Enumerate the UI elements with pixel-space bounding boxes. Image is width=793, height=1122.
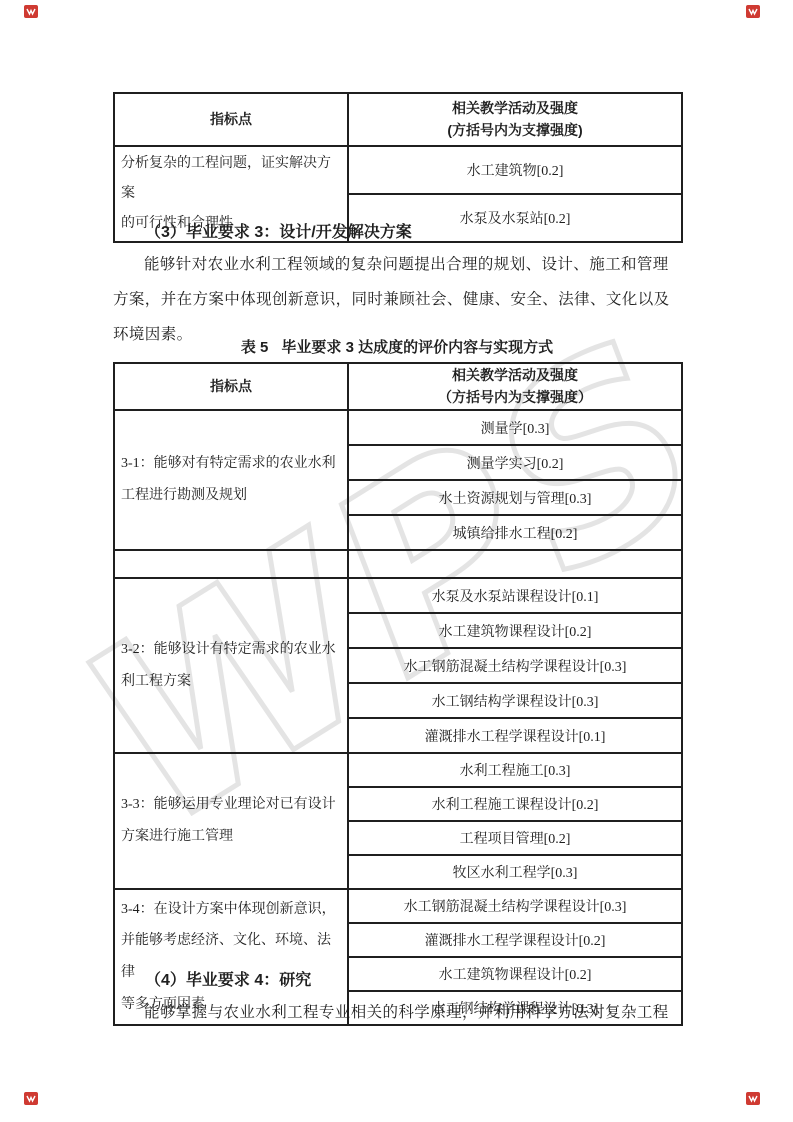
activity-cell: 灌溉排水工程学课程设计[0.1] bbox=[348, 718, 682, 753]
empty-table-row bbox=[114, 550, 682, 578]
table-5: 指标点 相关教学活动及强度 （方括号内为支撑强度） 3-1：能够对有特定需求的农… bbox=[113, 362, 683, 1026]
section-4-paragraph: 能够掌握与农业水利工程专业相关的科学原理，并利用科学方法对复杂工程 bbox=[113, 995, 681, 1030]
activity-cell: 水土资源规划与管理[0.3] bbox=[348, 480, 682, 515]
activity-cell: 水利工程施工[0.3] bbox=[348, 753, 682, 787]
table-5-caption-title: 毕业要求 3 达成度的评价内容与实现方式 bbox=[281, 337, 553, 359]
activity-cell: 水工钢结构学课程设计[0.3] bbox=[348, 683, 682, 718]
document-page: WPS 指标点 相关教学活动及强度 (方括号内为支撑强度) 分析复杂的工程问题，… bbox=[0, 0, 793, 1122]
activity-cell: 水工钢筋混凝土结构学课程设计[0.3] bbox=[348, 889, 682, 923]
section-3-heading: （3）毕业要求 3：设计/开发解决方案 bbox=[113, 221, 713, 245]
activity-cell: 牧区水利工程学[0.3] bbox=[348, 855, 682, 889]
table-header-row: 指标点 相关教学活动及强度 （方括号内为支撑强度） bbox=[114, 363, 682, 410]
activity-cell: 工程项目管理[0.2] bbox=[348, 821, 682, 855]
activity-header-cell: 相关教学活动及强度 (方括号内为支撑强度) bbox=[348, 93, 682, 146]
table-row: 3-2：能够设计有特定需求的农业水 利工程方案 水泵及水泵站课程设计[0.1] bbox=[114, 578, 682, 613]
activity-cell: 测量学实习[0.2] bbox=[348, 445, 682, 480]
corner-stamp-icon bbox=[24, 1092, 38, 1105]
table-row: 3-1：能够对有特定需求的农业水利 工程进行勘测及规划 测量学[0.3] bbox=[114, 410, 682, 445]
corner-stamp-icon bbox=[746, 5, 760, 18]
empty-indicator-cell bbox=[114, 550, 348, 578]
table-header-row: 指标点 相关教学活动及强度 (方括号内为支撑强度) bbox=[114, 93, 682, 146]
activity-cell: 灌溉排水工程学课程设计[0.2] bbox=[348, 923, 682, 957]
indicator-cell: 3-3：能够运用专业理论对已有设计 方案进行施工管理 bbox=[114, 753, 348, 889]
activity-cell: 水泵及水泵站课程设计[0.1] bbox=[348, 578, 682, 613]
indicator-header-cell: 指标点 bbox=[114, 93, 348, 146]
table-row: 3-4：在设计方案中体现创新意识， 并能够考虑经济、文化、环境、法律 等多方面因… bbox=[114, 889, 682, 923]
table-5-caption: 表 5 毕业要求 3 达成度的评价内容与实现方式 bbox=[113, 337, 681, 359]
empty-activity-cell bbox=[348, 550, 682, 578]
activity-cell: 水工建筑物课程设计[0.2] bbox=[348, 613, 682, 648]
activity-cell: 水工建筑物[0.2] bbox=[348, 146, 682, 194]
activity-header-cell: 相关教学活动及强度 （方括号内为支撑强度） bbox=[348, 363, 682, 410]
activity-cell: 水利工程施工课程设计[0.2] bbox=[348, 787, 682, 821]
table-5-caption-label: 表 5 bbox=[241, 337, 269, 359]
indicator-cell: 3-2：能够设计有特定需求的农业水 利工程方案 bbox=[114, 578, 348, 753]
section-4-heading: （4）毕业要求 4：研究 bbox=[113, 969, 713, 993]
activity-cell: 城镇给排水工程[0.2] bbox=[348, 515, 682, 550]
indicator-header-cell: 指标点 bbox=[114, 363, 348, 410]
corner-stamp-icon bbox=[746, 1092, 760, 1105]
activity-cell: 测量学[0.3] bbox=[348, 410, 682, 445]
table-row: 3-3：能够运用专业理论对已有设计 方案进行施工管理 水利工程施工[0.3] bbox=[114, 753, 682, 787]
corner-stamp-icon bbox=[24, 5, 38, 18]
activity-cell: 水工钢筋混凝土结构学课程设计[0.3] bbox=[348, 648, 682, 683]
table-row: 分析复杂的工程问题，证实解决方案 的可行性和合理性 水工建筑物[0.2] bbox=[114, 146, 682, 194]
indicator-cell: 3-1：能够对有特定需求的农业水利 工程进行勘测及规划 bbox=[114, 410, 348, 550]
